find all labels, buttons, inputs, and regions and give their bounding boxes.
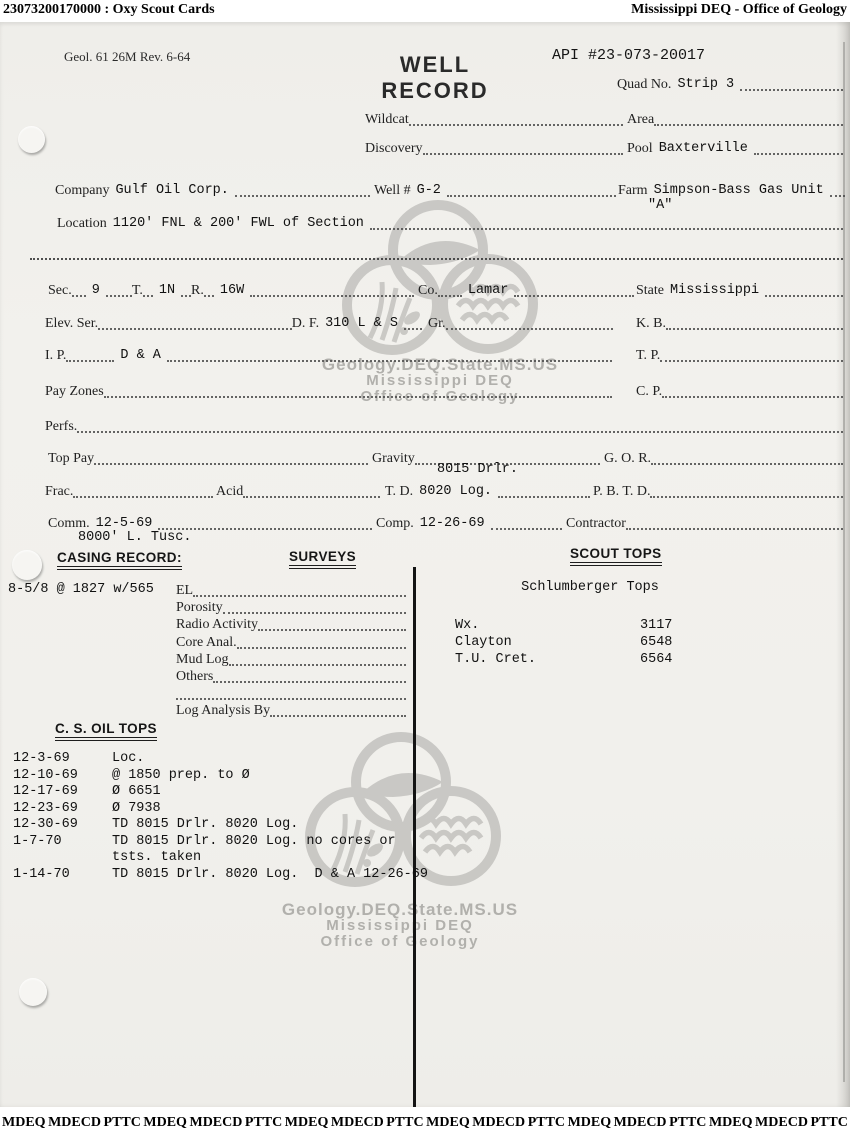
dotted-leader — [404, 328, 422, 330]
hole-punch — [19, 978, 47, 1006]
elev-ser-label: Elev. Ser. — [45, 316, 98, 332]
dotted-leader — [423, 153, 623, 155]
farm-value-line2: "A" — [648, 198, 672, 213]
tp-label: T. P. — [636, 348, 660, 364]
dotted-leader — [181, 295, 191, 297]
dotted-leader — [94, 463, 368, 465]
field-section-township-range: Sec. 9 T. 1N R. 16W — [48, 281, 414, 299]
df-value: 310 L & S — [319, 316, 404, 332]
casing-entry: 8-5/8 @ 1827 w/565 — [8, 582, 154, 597]
top-pay-label: Top Pay — [48, 451, 94, 467]
oil-top-text: TD 8015 Drlr. 8020 Log. — [112, 817, 298, 832]
location-label: Location — [57, 216, 107, 232]
well-record-page: Geology.DEQ.State.MS.US Mississippi DEQ … — [0, 22, 850, 1107]
dotted-leader — [662, 396, 843, 398]
footer-token: MDEQ — [143, 1115, 187, 1133]
survey-label: Log Analysis By — [176, 703, 270, 719]
field-pay-zones: Pay Zones — [45, 382, 612, 400]
company-label: Company — [55, 183, 109, 199]
dotted-leader — [258, 629, 406, 631]
kb-label: K. B. — [636, 316, 666, 332]
field-gr: Gr. — [428, 314, 613, 332]
footer-ticker: MDEQ MDECD PTTC MDEQ MDECD PTTC MDEQ MDE… — [0, 1107, 850, 1133]
dotted-leader — [237, 647, 406, 649]
range-label: R. — [191, 283, 204, 299]
ip-label: I. P. — [45, 348, 66, 364]
scan-viewer: 23073200170000 : Oxy Scout Cards Mississ… — [0, 0, 850, 1133]
watermark-text-lower: Geology.DEQ.State.MS.US Mississippi DEQ … — [250, 901, 550, 950]
footer-token: PTTC — [245, 1115, 282, 1133]
field-pbtd: P. B. T. D. — [593, 482, 843, 500]
watermark-url: Geology.DEQ.State.MS.US — [250, 901, 550, 918]
dotted-leader — [660, 360, 843, 362]
field-acid: Acid — [216, 482, 380, 500]
dotted-leader — [765, 295, 843, 297]
comp-label: Comp. — [376, 516, 414, 532]
casing-record-header: CASING RECORD: — [57, 550, 182, 570]
scout-tops-header: SCOUT TOPS — [570, 546, 662, 566]
footer-token: PTTC — [104, 1115, 141, 1133]
dotted-leader — [270, 715, 406, 717]
oil-top-date: 12-10-69 — [13, 768, 78, 783]
county-label: Co. — [418, 283, 438, 299]
dotted-leader — [167, 360, 612, 362]
field-discovery: Discovery — [365, 139, 623, 157]
scout-tops-subheader: Schlumberger Tops — [505, 580, 675, 595]
field-area: Area — [627, 110, 843, 128]
survey-row: EL — [176, 581, 406, 599]
scout-top-name: T.U. Cret. — [455, 652, 536, 667]
field-well-number: Well # G-2 — [374, 181, 616, 199]
oil-top-text: Loc. — [112, 751, 144, 766]
quad-no-label: Quad No. — [617, 77, 671, 93]
dotted-leader — [106, 295, 132, 297]
field-farm: Farm Simpson-Bass Gas Unit — [618, 181, 845, 199]
viewer-header-bar: 23073200170000 : Oxy Scout Cards Mississ… — [0, 0, 850, 22]
form-revision-note: Geol. 61 26M Rev. 6-64 — [64, 49, 190, 65]
oil-top-date: 12-30-69 — [13, 817, 78, 832]
dotted-leader — [104, 396, 612, 398]
cs-oil-tops-header: C. S. OIL TOPS — [55, 721, 157, 741]
footer-token: MDECD — [189, 1115, 242, 1133]
dotted-leader — [98, 328, 292, 330]
frac-label: Frac. — [45, 484, 73, 500]
ip-value: D & A — [114, 348, 167, 364]
dotted-leader — [223, 612, 406, 614]
dotted-leader — [176, 698, 406, 700]
field-location: Location 1120' FNL & 200' FWL of Section — [57, 214, 843, 232]
company-value: Gulf Oil Corp. — [109, 183, 234, 199]
acid-label: Acid — [216, 484, 243, 500]
pool-label: Pool — [627, 141, 653, 157]
survey-label: Mud Log — [176, 652, 229, 668]
survey-row: Radio Activity — [176, 615, 406, 633]
dotted-leader — [66, 360, 114, 362]
perfs-label: Perfs. — [45, 419, 77, 435]
state-label: State — [636, 283, 664, 299]
oil-top-text: Ø 7938 — [112, 801, 161, 816]
field-td: T. D. 8020 Log. — [385, 482, 590, 500]
section-divider — [413, 567, 416, 1128]
dotted-leader — [740, 89, 843, 91]
gor-label: G. O. R. — [604, 451, 651, 467]
field-kb: K. B. — [636, 314, 843, 332]
hole-punch — [18, 126, 45, 153]
field-company: Company Gulf Oil Corp. — [55, 181, 370, 199]
field-contractor: Contractor — [566, 514, 843, 532]
survey-row: Mud Log — [176, 650, 406, 668]
field-ip: I. P. D & A — [45, 346, 612, 364]
dotted-leader — [250, 295, 414, 297]
oil-top-text: Ø 6651 — [112, 784, 161, 799]
survey-row: Porosity — [176, 598, 406, 616]
oil-top-date: 12-3-69 — [13, 751, 70, 766]
separator-dotted-line — [30, 258, 843, 260]
cp-label: C. P. — [636, 384, 662, 400]
dotted-leader — [438, 295, 462, 297]
dotted-leader — [77, 431, 843, 433]
location-value: 1120' FNL & 200' FWL of Section — [107, 216, 370, 232]
survey-label: Others — [176, 669, 213, 685]
dotted-leader — [447, 195, 616, 197]
dotted-leader — [229, 664, 407, 666]
footer-token: MDECD — [331, 1115, 384, 1133]
footer-token: PTTC — [669, 1115, 706, 1133]
footer-token: MDECD — [472, 1115, 525, 1133]
comp-value: 12-26-69 — [414, 516, 491, 532]
scout-top-name: Wx. — [455, 618, 479, 633]
footer-token: PTTC — [528, 1115, 565, 1133]
dotted-leader — [193, 595, 406, 597]
dotted-leader — [446, 328, 614, 330]
farm-label: Farm — [618, 183, 648, 199]
footer-token: MDEQ — [285, 1115, 329, 1133]
footer-token: MDEQ — [709, 1115, 753, 1133]
gr-label: Gr. — [428, 316, 446, 332]
dotted-leader — [370, 228, 843, 230]
gravity-label: Gravity — [372, 451, 415, 467]
dotted-leader — [514, 295, 634, 297]
footer-token: MDECD — [755, 1115, 808, 1133]
dotted-leader — [830, 195, 845, 197]
pbtd-label: P. B. T. D. — [593, 484, 650, 500]
td-value: 8020 Log. — [413, 484, 498, 500]
dotted-leader — [626, 528, 843, 530]
dotted-leader — [143, 295, 153, 297]
field-quad-no: Quad No. Strip 3 — [617, 75, 843, 93]
survey-row: Log Analysis By — [176, 701, 406, 719]
area-label: Area — [627, 112, 654, 128]
county-value: Lamar — [462, 283, 515, 299]
well-number-label: Well # — [374, 183, 411, 199]
township-value: 1N — [153, 283, 181, 299]
scout-top-name: Clayton — [455, 635, 512, 650]
footer-token: MDEQ — [2, 1115, 46, 1133]
footer-token: MDEQ — [568, 1115, 612, 1133]
dotted-leader — [651, 463, 843, 465]
dotted-leader — [754, 153, 843, 155]
survey-label: EL — [176, 583, 193, 599]
footer-token: PTTC — [810, 1115, 847, 1133]
oil-top-date: 1-14-70 — [13, 867, 70, 882]
township-label: T. — [132, 283, 143, 299]
pay-zones-label: Pay Zones — [45, 384, 104, 400]
field-top-pay: Top Pay — [48, 449, 368, 467]
field-gor: G. O. R. — [604, 449, 843, 467]
survey-row: Others — [176, 667, 406, 685]
state-value: Mississippi — [664, 283, 765, 299]
wildcat-label: Wildcat — [365, 112, 409, 128]
quad-no-value: Strip 3 — [671, 77, 740, 93]
field-pool: Pool Baxterville — [627, 139, 843, 157]
dotted-leader — [654, 124, 843, 126]
oil-top-date: 12-23-69 — [13, 801, 78, 816]
surveys-header: SURVEYS — [289, 549, 356, 569]
scout-top-depth: 6564 — [640, 652, 672, 667]
footer-token: MDEQ — [426, 1115, 470, 1133]
dotted-leader — [72, 295, 86, 297]
oil-top-text: @ 1850 prep. to Ø — [112, 768, 250, 783]
dotted-leader — [666, 328, 843, 330]
sec-value: 9 — [86, 283, 106, 299]
field-state: State Mississippi — [636, 281, 843, 299]
oil-top-date: 12-17-69 — [13, 784, 78, 799]
td-driller-note: 8015 Drlr. — [437, 462, 518, 477]
scout-top-depth: 3117 — [640, 618, 672, 633]
agency-title: Mississippi DEQ - Office of Geology — [628, 0, 850, 18]
df-label: D. F. — [292, 316, 319, 332]
dotted-leader — [235, 195, 370, 197]
well-number-value: G-2 — [411, 183, 447, 199]
dotted-leader — [498, 496, 590, 498]
oil-top-text: TD 8015 Drlr. 8020 Log. no cores or — [112, 834, 396, 849]
oil-top-text-continued: tsts. taken — [112, 850, 201, 865]
contractor-label: Contractor — [566, 516, 626, 532]
dotted-leader — [650, 496, 843, 498]
discovery-label: Discovery — [365, 141, 423, 157]
watermark-agency: Mississippi DEQ — [250, 918, 550, 934]
survey-label: Radio Activity — [176, 617, 258, 633]
footer-token: PTTC — [386, 1115, 423, 1133]
pool-value: Baxterville — [653, 141, 754, 157]
dotted-leader — [73, 496, 213, 498]
survey-label: Core Anal. — [176, 635, 237, 651]
field-cp: C. P. — [636, 382, 843, 400]
dotted-leader — [204, 295, 214, 297]
survey-row — [176, 684, 406, 702]
survey-label: Porosity — [176, 600, 223, 616]
field-wildcat: Wildcat — [365, 110, 623, 128]
field-tp: T. P. — [636, 346, 843, 364]
api-number: API #23-073-20017 — [552, 47, 705, 64]
field-perfs: Perfs. — [45, 417, 843, 435]
field-frac: Frac. — [45, 482, 213, 500]
field-elevation: Elev. Ser. D. F. 310 L & S — [45, 314, 422, 332]
farm-value: Simpson-Bass Gas Unit — [648, 183, 830, 199]
form-title: WELL RECORD — [340, 52, 530, 104]
dotted-leader — [213, 681, 406, 683]
dotted-leader — [409, 124, 623, 126]
oil-top-date: 1-7-70 — [13, 834, 62, 849]
survey-row: Core Anal. — [176, 633, 406, 651]
footer-token: MDECD — [48, 1115, 101, 1133]
field-county: Co. Lamar — [418, 281, 634, 299]
hole-punch — [12, 550, 42, 580]
document-id: 23073200170000 : Oxy Scout Cards — [0, 0, 218, 18]
dotted-leader — [491, 528, 562, 530]
comm-depth-note: 8000' L. Tusc. — [78, 530, 191, 545]
field-completed: Comp. 12-26-69 — [376, 514, 562, 532]
dotted-leader — [243, 496, 380, 498]
watermark-office: Office of Geology — [250, 934, 550, 950]
range-value: 16W — [214, 283, 250, 299]
sec-label: Sec. — [48, 283, 72, 299]
td-label: T. D. — [385, 484, 413, 500]
footer-token: MDECD — [614, 1115, 667, 1133]
scout-top-depth: 6548 — [640, 635, 672, 650]
oil-top-text: TD 8015 Drlr. 8020 Log. D & A 12-26-69 — [112, 867, 428, 882]
